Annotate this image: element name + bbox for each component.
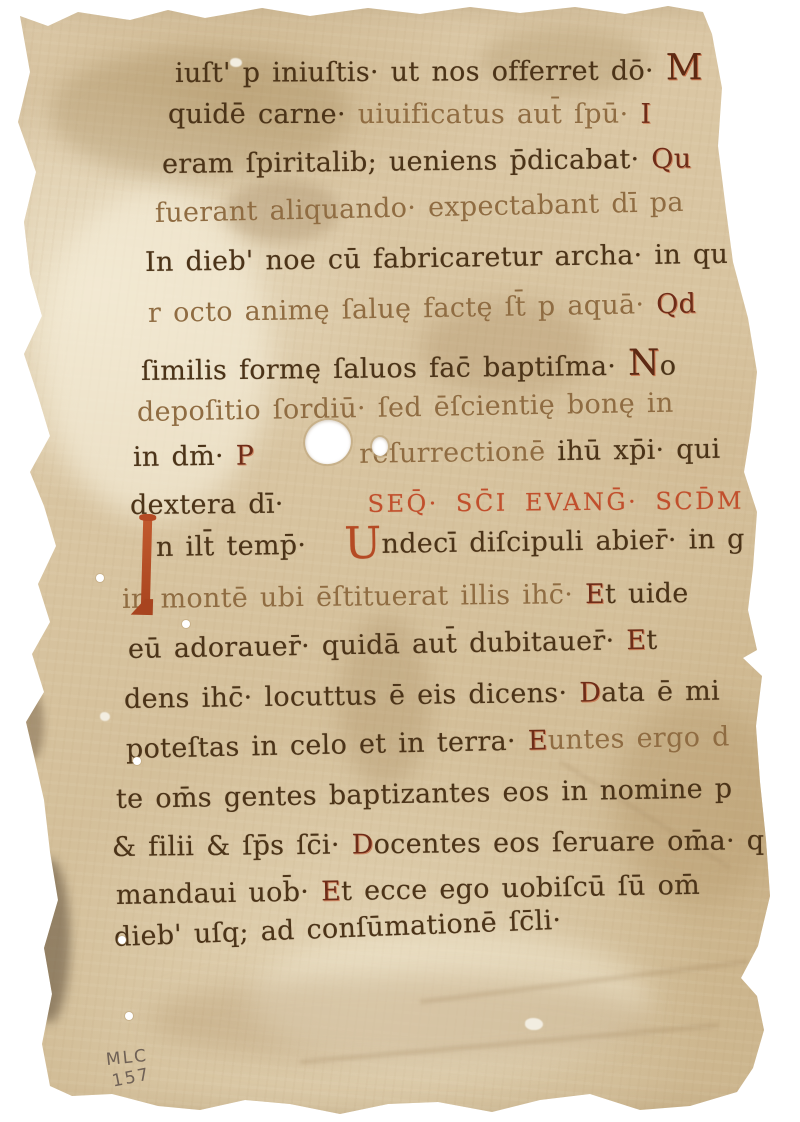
text-segment: in montē ubi ēſtituerat illis ihc̄·: [122, 579, 585, 615]
text-segment: E: [585, 579, 605, 610]
manuscript-text-block: iuſt' p iniuſtis· ut nos offerret dō· Mq…: [0, 0, 800, 1122]
text-segment: Qu: [651, 143, 691, 174]
parchment-hole: [372, 437, 388, 456]
text-line-19: dieb' uſq; ad conſūmationē ſc̄li·: [113, 905, 561, 953]
text-segment: te om̄s gentes baptizantes eos in nomine…: [116, 773, 733, 815]
initial-i-marginal: [141, 517, 153, 613]
text-segment: In dieb' noe cū fabricaretur archa· in q…: [145, 239, 729, 278]
text-line-13: eū adorauer̄· quidā aut̄ dubitauer̄· Et: [128, 625, 658, 665]
text-line-1: iuſt' p iniuſtis· ut nos offerret dō· M: [175, 47, 703, 91]
text-segment: iuſt' p iniuſtis· ut nos offerret dō·: [175, 55, 666, 89]
text-segment: Qd: [656, 288, 697, 320]
text-line-7: ſimilis formę ſaluos fac̄ baptiſma· No: [141, 342, 677, 389]
text-line-6: r octo animę ſaluę factę ſt̄ p aquā· Qd: [148, 288, 697, 329]
text-segment: ſimilis formę ſaluos fac̄ baptiſma·: [141, 351, 628, 387]
text-segment: ata ē mi: [601, 676, 720, 709]
text-segment: & filii & ſp̄s ſc̄i·: [112, 829, 352, 863]
text-segment: U: [344, 518, 382, 570]
text-line-9: in dm̄· Preſurrectionē ihū xp̄i· qui: [133, 434, 721, 473]
text-line-14: dens ihc̄· locuttus ē eis dicens· Data ē…: [124, 676, 720, 715]
text-segment: D: [352, 829, 374, 860]
pinhole: [133, 757, 141, 765]
text-segment: fuerant aliquando· expectabant dī pa: [155, 187, 684, 229]
text-line-16: te om̄s gentes baptizantes eos in nomine…: [116, 773, 733, 815]
text-segment: t ecce ego uobiſcū ſū om̄: [341, 870, 700, 907]
text-segment: untes ergo d: [547, 721, 730, 756]
text-line-2: quidē carne· uiuificatus aut̄ ſpū· I: [168, 99, 651, 130]
text-segment: t uide: [605, 578, 689, 610]
text-segment: ihū xp̄i· qui: [557, 434, 721, 467]
rubric-text: SEQ̄· SC̄I EVANḠ· SCD̄M M: [367, 486, 788, 518]
text-segment: t: [646, 625, 658, 656]
text-segment: E: [321, 876, 342, 907]
text-segment: dieb' uſq; ad conſūmationē ſc̄li·: [113, 905, 561, 953]
text-segment: M: [666, 47, 703, 88]
text-segment: D: [579, 677, 601, 708]
text-line-8: depoſitio ſordiū· ſed ēſcientię bonę in: [137, 388, 674, 428]
text-line-12: in montē ubi ēſtituerat illis ihc̄· Et u…: [122, 578, 689, 615]
pinhole: [125, 1012, 133, 1020]
text-line-10: dextera dī· SEQ̄· SC̄I EVANḠ· SCD̄M M: [130, 484, 788, 521]
text-segment: E: [626, 625, 647, 656]
text-segment: E: [527, 725, 548, 756]
text-segment: P: [236, 440, 255, 471]
text-segment: ndecī diſcipuli abier̄· in g: [381, 524, 745, 560]
text-segment: reſurrectionē: [359, 436, 557, 470]
text-segment: o: [660, 350, 677, 381]
text-line-4: fuerant aliquando· expectabant dī pa: [155, 187, 684, 229]
text-line-17: & filii & ſp̄s ſc̄i· Docentes eos ſeruar…: [112, 825, 765, 863]
photo-canvas: iuſt' p iniuſtis· ut nos offerret dō· Mq…: [0, 0, 800, 1122]
pinhole: [118, 936, 126, 944]
surface-fleck: [740, 200, 754, 218]
text-segment: mandaui uob̄·: [116, 876, 322, 911]
text-segment: n ilt̄ temp̄·: [156, 530, 319, 563]
pinhole: [182, 620, 190, 628]
text-segment: uiuificatus aut̄ ſpū·: [358, 99, 641, 130]
text-line-18: mandaui uob̄· Et ecce ego uobiſcū ſū om̄: [116, 870, 701, 911]
text-line-15: poteſtas in celo et in terra· Euntes erg…: [126, 721, 730, 765]
text-segment: depoſitio ſordiū· ſed ēſcientię bonę in: [137, 388, 674, 428]
text-segment: [254, 463, 359, 464]
parchment-leaf: iuſt' p iniuſtis· ut nos offerret dō· Mq…: [0, 0, 800, 1122]
text-line-5: In dieb' noe cū fabricaretur archa· in q…: [145, 239, 729, 278]
text-line-3: eram ſpiritalib; ueniens p̄dicabat· Qu: [162, 143, 692, 180]
text-segment: N: [628, 343, 660, 384]
text-segment: eram ſpiritalib; ueniens p̄dicabat·: [162, 144, 652, 180]
text-segment: poteſtas in celo et in terra·: [126, 726, 528, 765]
text-segment: dens ihc̄· locuttus ē eis dicens·: [124, 678, 580, 715]
text-segment: eū adorauer̄· quidā aut̄ dubitauer̄·: [128, 625, 627, 665]
text-segment: I: [640, 99, 651, 130]
text-segment: ocentes eos ſeruare om̄a· q: [373, 825, 764, 860]
text-segment: r octo animę ſaluę factę ſt̄ p aquā·: [148, 289, 657, 329]
text-segment: quidē carne·: [168, 99, 358, 130]
text-segment: in dm̄·: [133, 441, 236, 473]
text-line-11: n ilt̄ temp̄· Undecī diſcipuli abier̄· i…: [156, 524, 745, 563]
pinhole: [96, 574, 104, 582]
